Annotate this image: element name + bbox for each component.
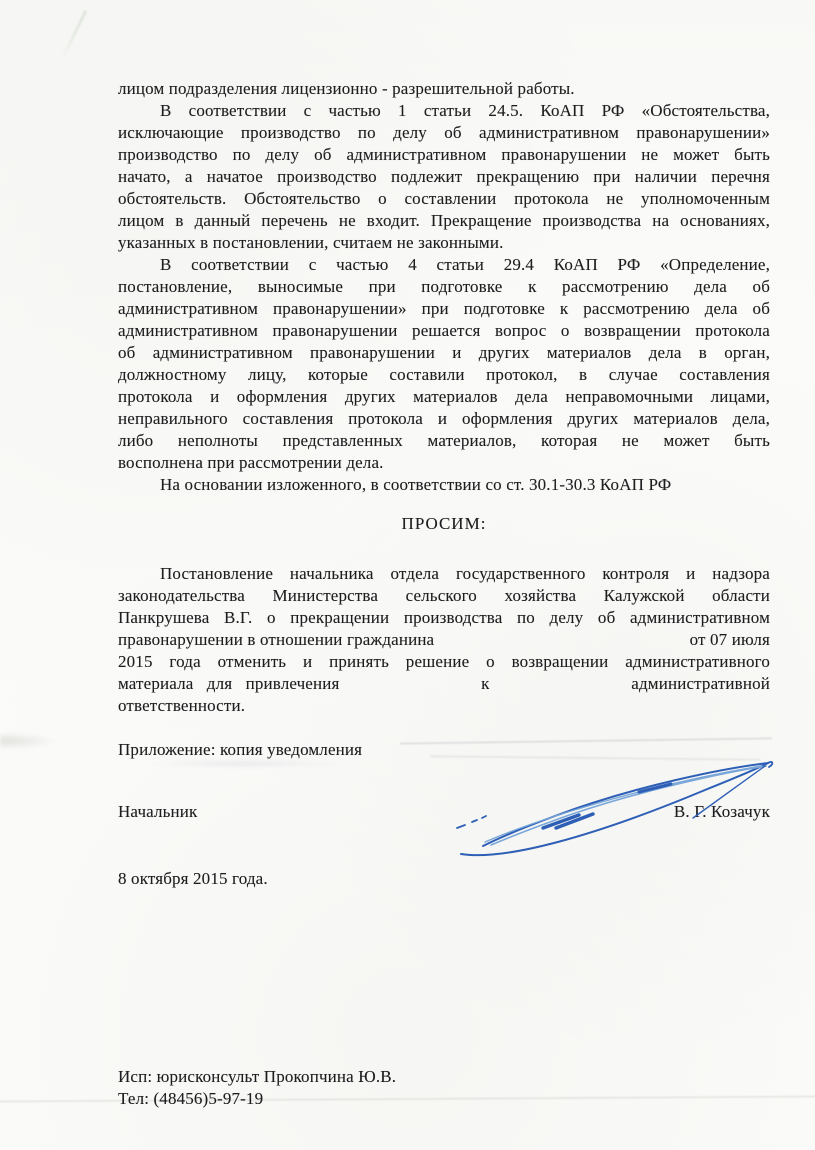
text-line: 2015 года отменить и принять решение о в… (118, 651, 770, 673)
text-segment: правонарушении в отношении гражданина (118, 629, 434, 651)
text-line: либо неполноты представленных материалов… (118, 430, 770, 452)
paragraph-request: Постановление начальника отдела государс… (118, 563, 770, 717)
text-line: Панкрушева В.Г. о прекращении производст… (118, 607, 770, 629)
text-line: должностному лицу, которые составили про… (118, 364, 770, 386)
text-line: административном правонарушении решается… (118, 320, 770, 342)
paragraph-legal-basis: На основании изложенного, в соответствии… (118, 474, 770, 496)
text-line: законодательства Министерства сельского … (118, 585, 770, 607)
text-line: восполнена при рассмотрении дела. (118, 452, 770, 474)
signer-position-title: Начальник (118, 801, 197, 823)
paragraph-article-24-5: В соответствии с частью 1 статьи 24.5. К… (118, 100, 770, 254)
date-line: 8 октября 2015 года. (118, 868, 770, 890)
text-segment: от 07 июля (690, 629, 770, 651)
paragraph-article-29-4: В соответствии с частью 4 статьи 29.4 Ко… (118, 254, 770, 474)
signature-row: Начальник В. Г. Козачук (118, 801, 770, 823)
text-line: ответственности. (118, 695, 770, 717)
document-body: лицом подразделения лицензионно - разреш… (118, 78, 770, 890)
text-segment: административной (631, 673, 770, 695)
text-line: материала для привлечениякадминистративн… (118, 673, 770, 695)
scan-artifact-edge-smudge (0, 733, 55, 749)
text-line: обстоятельств. Обстоятельство о составле… (118, 188, 770, 210)
text-line: Постановление начальника отдела государс… (118, 563, 770, 585)
scanned-document-page: лицом подразделения лицензионно - разреш… (0, 0, 815, 1150)
phone-line: Тел: (48456)5-97-19 (118, 1088, 396, 1110)
text-line: правонарушении в отношении гражданинаот … (118, 629, 770, 651)
text-line: исключающие производство по делу об адми… (118, 122, 770, 144)
text-line: В соответствии с частью 1 статьи 24.5. К… (118, 100, 770, 122)
text-line: протокола и оформления других материалов… (118, 386, 770, 408)
text-segment: материала для привлечения (118, 673, 339, 695)
continuation-line: лицом подразделения лицензионно - разреш… (118, 78, 770, 100)
footer-block: Исп: юрисконсульт Прокопчина Ю.В. Тел: (… (118, 1066, 396, 1110)
text-line: производство по делу об административном… (118, 144, 770, 166)
scan-artifact-pencil-mark (60, 10, 87, 62)
text-line: В соответствии с частью 4 статьи 29.4 Ко… (118, 254, 770, 276)
executor-line: Исп: юрисконсульт Прокопчина Ю.В. (118, 1066, 396, 1088)
text-line: На основании изложенного, в соответствии… (118, 474, 770, 496)
attachment-line: Приложение: копия уведомления (118, 739, 770, 761)
text-line: неправильного составления протокола и оф… (118, 408, 770, 430)
signer-name: В. Г. Козачук (674, 801, 770, 823)
text-line: начато, а начатое производство подлежит … (118, 166, 770, 188)
text-segment: к (481, 673, 489, 695)
text-line: лицом в данный перечень не входит. Прекр… (118, 210, 770, 232)
request-heading: ПРОСИМ: (118, 513, 770, 535)
text-line: об административном правонарушении и дру… (118, 342, 770, 364)
text-line: постановление, выносимые при подготовке … (118, 276, 770, 298)
text-line: указанных в постановлении, считаем не за… (118, 232, 770, 254)
text-line: административном правонарушении» при под… (118, 298, 770, 320)
